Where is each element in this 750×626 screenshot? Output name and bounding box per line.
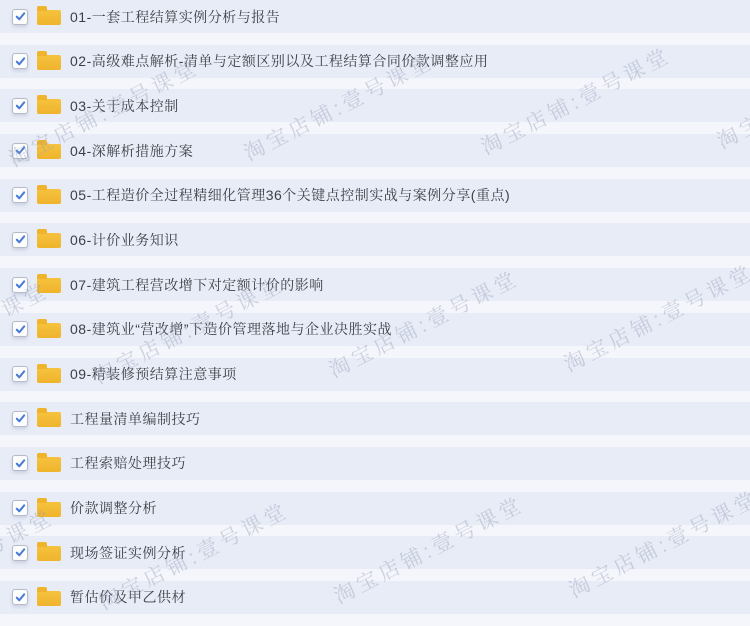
folder-row[interactable]: 03-关于成本控制: [0, 89, 750, 122]
check-icon: [15, 145, 26, 156]
folder-row[interactable]: 07-建筑工程营改增下对定额计价的影响: [0, 268, 750, 301]
folder-name[interactable]: 07-建筑工程营改增下对定额计价的影响: [70, 275, 324, 295]
folder-icon[interactable]: [37, 10, 61, 25]
folder-name[interactable]: 暂估价及甲乙供材: [70, 587, 186, 607]
checkbox[interactable]: [12, 9, 28, 25]
folder-row[interactable]: 06-计价业务知识: [0, 223, 750, 256]
check-icon: [15, 503, 26, 514]
folder-row[interactable]: 04-深解析措施方案: [0, 134, 750, 167]
folder-row[interactable]: 02-高级难点解析-清单与定额区别以及工程结算合同价款调整应用: [0, 45, 750, 78]
check-icon: [15, 56, 26, 67]
folder-icon[interactable]: [37, 368, 61, 383]
folder-list-page: 01-一套工程结算实例分析与报告 02-高级难点解析-清单与定额区别以及工程结算…: [0, 0, 750, 626]
check-icon: [15, 458, 26, 469]
checkbox[interactable]: [12, 545, 28, 561]
folder-name[interactable]: 03-关于成本控制: [70, 96, 179, 116]
checkbox[interactable]: [12, 500, 28, 516]
check-icon: [15, 413, 26, 424]
folder-name[interactable]: 08-建筑业“营改增”下造价管理落地与企业决胜实战: [70, 319, 392, 339]
checkbox[interactable]: [12, 232, 28, 248]
check-icon: [15, 592, 26, 603]
folder-icon[interactable]: [37, 55, 61, 70]
folder-icon[interactable]: [37, 233, 61, 248]
checkbox[interactable]: [12, 98, 28, 114]
check-icon: [15, 100, 26, 111]
folder-row[interactable]: 09-精装修预结算注意事项: [0, 358, 750, 391]
folder-row[interactable]: 08-建筑业“营改增”下造价管理落地与企业决胜实战: [0, 313, 750, 346]
folder-name[interactable]: 现场签证实例分析: [70, 543, 186, 563]
folder-row[interactable]: 05-工程造价全过程精细化管理36个关键点控制实战与案例分享(重点): [0, 179, 750, 212]
folder-row[interactable]: 工程索赔处理技巧: [0, 447, 750, 480]
checkbox[interactable]: [12, 589, 28, 605]
folder-icon[interactable]: [37, 546, 61, 561]
folder-name[interactable]: 02-高级难点解析-清单与定额区别以及工程结算合同价款调整应用: [70, 51, 488, 71]
folder-icon[interactable]: [37, 278, 61, 293]
check-icon: [15, 547, 26, 558]
check-icon: [15, 190, 26, 201]
folder-name[interactable]: 09-精装修预结算注意事项: [70, 364, 237, 384]
checkbox[interactable]: [12, 187, 28, 203]
folder-icon[interactable]: [37, 502, 61, 517]
checkbox[interactable]: [12, 366, 28, 382]
check-icon: [15, 369, 26, 380]
folder-name[interactable]: 01-一套工程结算实例分析与报告: [70, 7, 280, 27]
folder-icon[interactable]: [37, 323, 61, 338]
folder-name[interactable]: 工程索赔处理技巧: [70, 453, 186, 473]
check-icon: [15, 234, 26, 245]
folder-name[interactable]: 06-计价业务知识: [70, 230, 179, 250]
folder-row[interactable]: 现场签证实例分析: [0, 536, 750, 569]
folder-row[interactable]: 暂估价及甲乙供材: [0, 581, 750, 614]
folder-icon[interactable]: [37, 189, 61, 204]
checkbox[interactable]: [12, 321, 28, 337]
folder-name[interactable]: 价款调整分析: [70, 498, 157, 518]
folder-name[interactable]: 工程量清单编制技巧: [70, 409, 201, 429]
checkbox[interactable]: [12, 277, 28, 293]
check-icon: [15, 324, 26, 335]
folder-icon[interactable]: [37, 144, 61, 159]
folder-icon[interactable]: [37, 412, 61, 427]
folder-icon[interactable]: [37, 99, 61, 114]
folder-icon[interactable]: [37, 457, 61, 472]
folder-name[interactable]: 04-深解析措施方案: [70, 141, 193, 161]
folder-list: 01-一套工程结算实例分析与报告 02-高级难点解析-清单与定额区别以及工程结算…: [0, 0, 750, 614]
folder-row[interactable]: 价款调整分析: [0, 492, 750, 525]
check-icon: [15, 279, 26, 290]
checkbox[interactable]: [12, 455, 28, 471]
folder-name[interactable]: 05-工程造价全过程精细化管理36个关键点控制实战与案例分享(重点): [70, 185, 510, 205]
checkbox[interactable]: [12, 143, 28, 159]
checkbox[interactable]: [12, 411, 28, 427]
checkbox[interactable]: [12, 53, 28, 69]
check-icon: [15, 11, 26, 22]
folder-row[interactable]: 工程量清单编制技巧: [0, 402, 750, 435]
folder-icon[interactable]: [37, 591, 61, 606]
folder-row[interactable]: 01-一套工程结算实例分析与报告: [0, 0, 750, 33]
